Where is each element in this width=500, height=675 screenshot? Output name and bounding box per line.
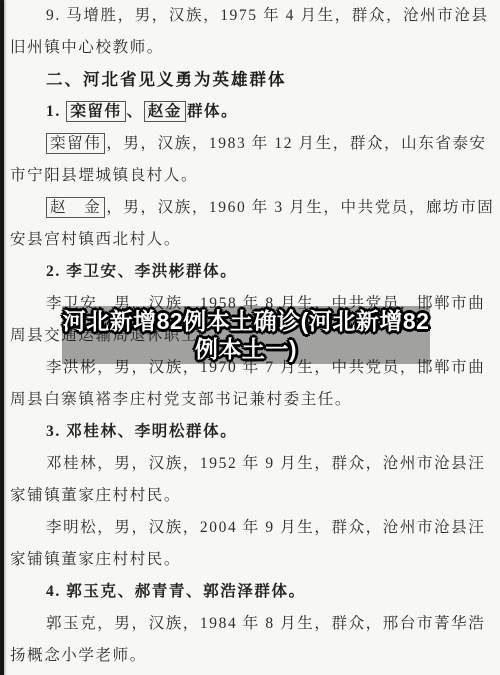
doc-text: 1. [46, 103, 66, 120]
doc-text: 市宁阳县堽城镇良村人。 [10, 167, 198, 184]
doc-text: ，男，汉族，1983 年 12 月生，群众，山东省泰安 [106, 135, 486, 152]
headline-line-1: 河北新增82例本土确诊(河北新增82 [63, 307, 430, 335]
doc-text: 家铺镇董家庄村村民。 [10, 551, 181, 568]
boxed-name: 栾留伟 [66, 101, 125, 122]
doc-text: 家铺镇董家庄村村民。 [10, 487, 181, 504]
doc-line: 李明松，男，汉族，2004 年 9 月生，群众，沧州市沧县汪 [10, 512, 496, 544]
doc-text: 安县宫村镇西北村人。 [10, 231, 181, 248]
doc-line: 扬概念小学老师。 [10, 640, 496, 672]
headline-overlay: 河北新增82例本土确诊(河北新增82 例本土一) [62, 306, 430, 364]
doc-text: 、 [127, 103, 144, 120]
doc-text: 郭玉克，男，汉族，1984 年 8 月生，群众，邢台市菁华浩 [46, 615, 485, 632]
doc-text: 4. 郭玉克、郝青青、郭浩泽群体。 [46, 583, 306, 600]
boxed-name: 栾留伟 [46, 133, 105, 154]
doc-text: 群体。 [187, 103, 238, 120]
page-left-edge [0, 0, 4, 675]
doc-text: 旧州镇中心校教师。 [10, 39, 164, 56]
boxed-name: 赵金 [144, 101, 186, 122]
document-page: 9. 马增胜，男，汉族，1975 年 4 月生，群众，沧州市沧县旧州镇中心校教师… [0, 0, 500, 675]
doc-line: 1. 栾留伟、赵金群体。 [10, 96, 496, 128]
doc-text: 9. 马增胜，男，汉族，1975 年 4 月生，群众，沧州市沧县 [46, 7, 489, 24]
doc-line: 邓桂林，男，汉族，1952 年 9 月生，群众，沧州市沧县汪 [10, 448, 496, 480]
doc-line: 3. 邓桂林、李明松群体。 [10, 416, 496, 448]
doc-line: 家铺镇董家庄村村民。 [10, 544, 496, 576]
doc-text: 二、河北省见义勇为英雄群体 [46, 71, 287, 89]
doc-text: 周县白寨镇褡李庄村党支部书记兼村委主任。 [10, 391, 352, 408]
boxed-name: 赵 金 [46, 197, 105, 218]
doc-line: 4. 郭玉克、郝青青、郭浩泽群体。 [10, 576, 496, 608]
doc-line: 周县白寨镇褡李庄村党支部书记兼村委主任。 [10, 384, 496, 416]
doc-line: 二、河北省见义勇为英雄群体 [10, 64, 496, 96]
headline-line-2: 例本土一) [195, 335, 297, 363]
doc-line: 赵 金，男，汉族，1960 年 3 月生，中共党员，廊坊市固 [10, 192, 496, 224]
doc-line: 市宁阳县堽城镇良村人。 [10, 160, 496, 192]
doc-text: ，男，汉族，1960 年 3 月生，中共党员，廊坊市固 [106, 199, 494, 216]
doc-line: 栾留伟，男，汉族，1983 年 12 月生，群众，山东省泰安 [10, 128, 496, 160]
doc-line: 旧州镇中心校教师。 [10, 32, 496, 64]
doc-line: 9. 马增胜，男，汉族，1975 年 4 月生，群众，沧州市沧县 [10, 0, 496, 32]
doc-text: 3. 邓桂林、李明松群体。 [46, 423, 237, 440]
doc-line: 家铺镇董家庄村村民。 [10, 480, 496, 512]
doc-line: 2. 李卫安、李洪彬群体。 [10, 256, 496, 288]
doc-text: 2. 李卫安、李洪彬群体。 [46, 263, 237, 280]
doc-line: 郭玉克，男，汉族，1984 年 8 月生，群众，邢台市菁华浩 [10, 608, 496, 640]
doc-line: 安县宫村镇西北村人。 [10, 224, 496, 256]
doc-text: 邓桂林，男，汉族，1952 年 9 月生，群众，沧州市沧县汪 [46, 455, 485, 472]
doc-text: 扬概念小学老师。 [10, 647, 147, 664]
doc-text: 李明松，男，汉族，2004 年 9 月生，群众，沧州市沧县汪 [46, 519, 485, 536]
